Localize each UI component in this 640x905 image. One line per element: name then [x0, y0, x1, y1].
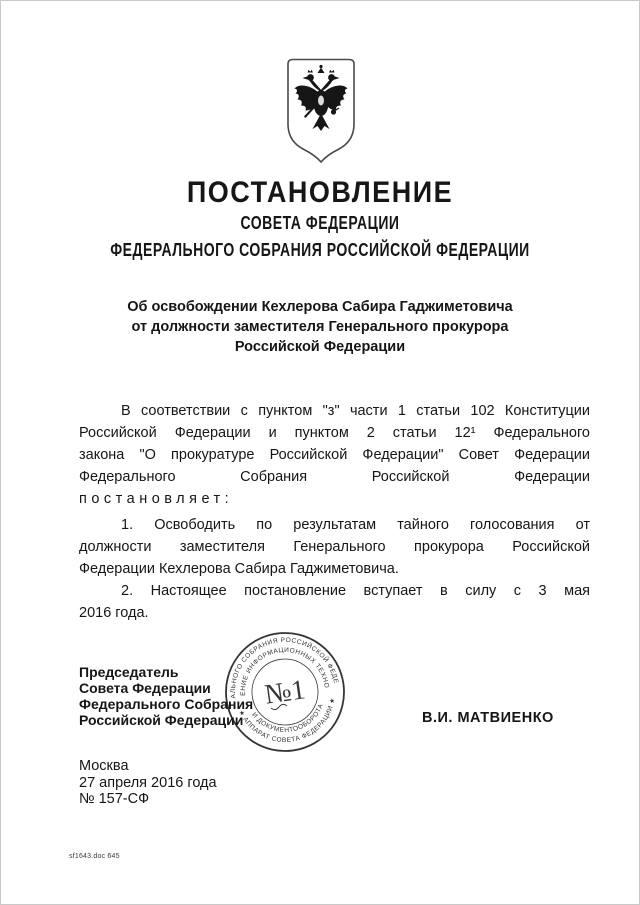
item2-line-1: 2. Настоящее постановление вступает в си…: [79, 580, 590, 602]
doc-type-title: ПОСТАНОВЛЕНИЕ: [1, 176, 639, 209]
coat-of-arms-icon: [285, 58, 357, 164]
breast-shield: [318, 96, 324, 106]
signatory-position: Председатель Совета Федерации Федерально…: [79, 664, 253, 728]
subject-heading: Об освобождении Кехлерова Сабира Гаджиме…: [1, 297, 639, 357]
intro-line-1: В соответствии с пунктом "з" части 1 ста…: [79, 400, 590, 422]
doc-number: № 157-СФ: [79, 791, 217, 808]
orb: [331, 109, 336, 114]
signatory-name: В.И. МАТВИЕНКО: [422, 710, 554, 726]
position-line-3: Федерального Собрания: [79, 696, 253, 712]
subject-line-1: Об освобождении Кехлерова Сабира Гаджиме…: [1, 297, 639, 317]
issue-date: 27 апреля 2016 года: [79, 775, 217, 792]
intro-line-3: закона "О прокуратуре Российской Федерац…: [79, 444, 590, 466]
item2-line-2: 2016 года.: [79, 602, 590, 624]
issuer-line-1: СОВЕТА ФЕДЕРАЦИИ: [1, 212, 639, 233]
subject-line-3: Российской Федерации: [1, 337, 639, 357]
item1-line-2: должности заместителя Генерального проку…: [79, 536, 590, 558]
resolve-word: постановляет:: [79, 488, 590, 510]
subject-line-2: от должности заместителя Генерального пр…: [1, 317, 639, 337]
document-page: ПОСТАНОВЛЕНИЕ СОВЕТА ФЕДЕРАЦИИ ФЕДЕРАЛЬН…: [0, 0, 640, 905]
intro-line-2: Российской Федерации и пунктом 2 статьи …: [79, 422, 590, 444]
crown-orb: [319, 65, 322, 68]
issue-city: Москва: [79, 758, 217, 775]
position-line-1: Председатель: [79, 664, 253, 680]
issue-block: Москва 27 апреля 2016 года № 157-СФ: [79, 758, 217, 808]
body-text: В соответствии с пунктом "з" части 1 ста…: [79, 400, 590, 624]
file-reference: sf1643.doc 645: [69, 853, 120, 860]
item1-line-3: Федерации Кехлерова Сабира Гаджиметовича…: [79, 558, 590, 580]
position-line-4: Российской Федерации: [79, 712, 253, 728]
position-line-2: Совета Федерации: [79, 680, 253, 696]
issuer-line-2: ФЕДЕРАЛЬНОГО СОБРАНИЯ РОССИЙСКОЙ ФЕДЕРАЦ…: [1, 239, 639, 260]
intro-line-4: Федерального Собрания Российской Федерац…: [79, 466, 590, 488]
item1-line-1: 1. Освободить по результатам тайного гол…: [79, 514, 590, 536]
